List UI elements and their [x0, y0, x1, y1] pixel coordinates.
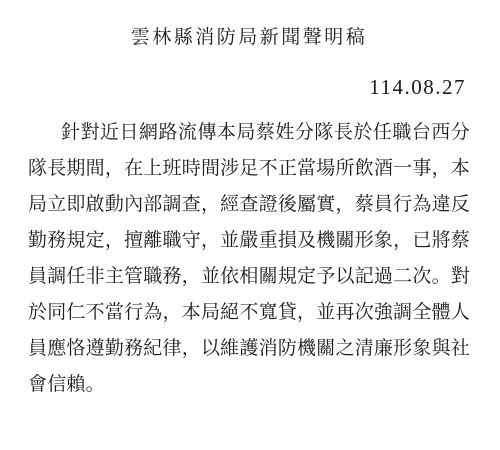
press-release-document: 雲林縣消防局新聞聲明稿 114.08.27 針對近日網路流傳本局蔡姓分隊長於任職…	[0, 0, 500, 450]
document-date: 114.08.27	[28, 74, 470, 100]
document-title: 雲林縣消防局新聞聲明稿	[28, 24, 470, 52]
document-body-paragraph: 針對近日網路流傳本局蔡姓分隊長於任職台西分隊長期間，在上班時間涉足不正當場所飲酒…	[28, 115, 470, 403]
